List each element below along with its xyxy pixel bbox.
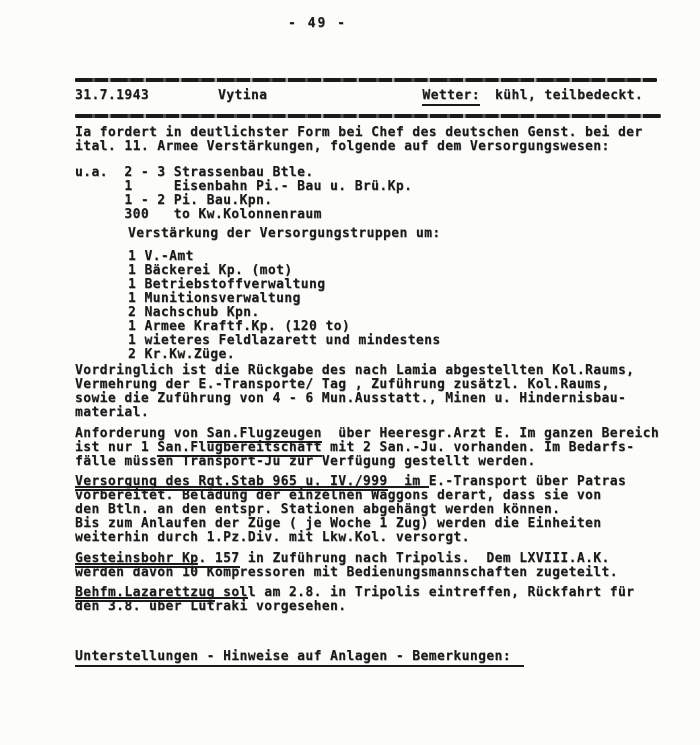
- paragraph-gesteinsbohr: Gesteinsbohr Kp. 157 in Zuführung nach T…: [75, 552, 675, 580]
- text-line: den Btln. an den entspr. Stationen abgeh…: [75, 503, 675, 517]
- text-line: Vordringlich ist die Rückgabe des nach L…: [75, 364, 675, 378]
- request-list: u.a. 2 - 3 Strassenbau Btle. 1 Eisenbahn…: [75, 166, 675, 222]
- text-line: Vermehrung der E.-Transporte/ Tag , Zufü…: [75, 378, 675, 392]
- text-line: fälle müssen Transport-Ju zur Verfügung …: [75, 455, 675, 469]
- list-item: 1 V.-Amt: [128, 250, 675, 264]
- text-segment: ist nur 1: [75, 440, 157, 455]
- entry-location: Vytina: [218, 88, 267, 106]
- text-line: ist nur 1 San.Flugbereitschaft mit 2 San…: [75, 441, 675, 455]
- text-segment: derart, dass sie von: [429, 488, 602, 503]
- document-page: - 49 - 31.7.1943 Vytina Wetter: kühl, te…: [0, 0, 700, 745]
- paragraph-ia-demand: Ia fordert in deutlichster Form bei Chef…: [75, 126, 675, 154]
- overstruck-text: den 3.8. über Lutraki: [75, 597, 248, 614]
- underlined-text: Unterstellungen - Hinweise auf Anlagen -…: [75, 649, 524, 667]
- text-segment: vorgesehen.: [248, 599, 347, 614]
- list-item: 1 Bäckerei Kp. (mot): [128, 264, 675, 278]
- paragraph-san-flugzeuge: Anforderung von San.Flugzeugen über Heer…: [75, 427, 675, 469]
- entry-date: 31.7.1943: [75, 88, 149, 106]
- header-rule-top: [75, 78, 657, 82]
- text-line: weiterhin durch 1.Pz.Div. mit Lkw.Kol. v…: [75, 531, 675, 545]
- text-line: werden davon 10 Kompressoren mit Bedienu…: [75, 566, 675, 580]
- footer-section-heading: Unterstellungen - Hinweise auf Anlagen -…: [75, 650, 675, 664]
- text-line: sowie die Zuführung von 4 - 6 Mun.Aussta…: [75, 392, 675, 406]
- text-segment: soll am 2.8. in Tripolis eintreffen, Rüc…: [215, 585, 635, 600]
- list-item: 1 wieteres Feldlazarett und mindestens: [128, 334, 675, 348]
- page-number: - 49 -: [288, 16, 347, 31]
- text-segment: Anforderung von: [75, 426, 207, 441]
- list-item: 2 Nachschub Kpn.: [128, 306, 675, 320]
- paragraph-vordringlich: Vordringlich ist die Rückgabe des nach L…: [75, 364, 675, 420]
- list-item: u.a. 2 - 3 Strassenbau Btle.: [75, 166, 675, 180]
- text-line: Bis zum Anlaufen der Züge ( je Woche 1 Z…: [75, 517, 675, 531]
- list-item: 1 Armee Kraftf.Kp. (120 to): [128, 320, 675, 334]
- list-item: 300 to Kw.Kolonnenraum: [75, 208, 675, 222]
- paragraph-lazarettzug: Behfm.Lazarettzug soll am 2.8. in Tripol…: [75, 586, 675, 614]
- weather-label: Wetter:: [422, 88, 480, 106]
- diary-header-row: 31.7.1943 Vytina Wetter: kühl, teilbedec…: [75, 88, 643, 106]
- list-item: 1 - 2 Pi. Bau.Kpn.: [75, 194, 675, 208]
- text-segment: mit 2 San.-Ju. vorhanden. Im Bedarfs-: [322, 440, 635, 455]
- text-line: Ia fordert in deutlichster Form bei Chef…: [75, 126, 675, 140]
- list-item: 2 Kr.Kw.Züge.: [128, 348, 675, 362]
- text-line: den 3.8. über Lutraki vorgesehen.: [75, 600, 675, 614]
- text-segment: Kompressoren mit Bedienungsmannschaften …: [198, 565, 618, 580]
- reinforcement-heading: Verstärkung der Versorgungstruppen um:: [128, 227, 675, 241]
- overstruck-text: werden davon 10: [75, 563, 198, 580]
- list-item: 1 Betriebstoffverwaltung: [128, 278, 675, 292]
- paragraph-versorgung-rgt965: Versorgung des Rgt.Stab 965 u. IV./999 i…: [75, 475, 675, 545]
- text-segment: in Zuführung nach Tripolis. Dem LXVIII.A…: [240, 551, 610, 566]
- overstruck-text: vorbereitet. Beladung der einzelnen Wagg…: [75, 486, 429, 503]
- text-line: material.: [75, 406, 675, 420]
- weather-value: kühl, teilbedeckt.: [495, 88, 643, 106]
- text-segment: über Heeresgr.Arzt E. Im ganzen Bereich: [322, 426, 659, 441]
- text-line: ital. 11. Armee Verstärkungen, folgende …: [75, 140, 675, 154]
- diary-body: Ia fordert in deutlichster Form bei Chef…: [75, 126, 675, 664]
- text-line: Anforderung von San.Flugzeugen über Heer…: [75, 427, 675, 441]
- reinforcement-list: 1 V.-Amt 1 Bäckerei Kp. (mot) 1 Betriebs…: [128, 250, 675, 362]
- text-line: vorbereitet. Beladung der einzelnen Wagg…: [75, 489, 675, 503]
- header-rule-bottom: [75, 114, 661, 118]
- list-item: 1 Eisenbahn Pi.- Bau u. Brü.Kp.: [75, 180, 675, 194]
- list-item: 1 Munitionsverwaltung: [128, 292, 675, 306]
